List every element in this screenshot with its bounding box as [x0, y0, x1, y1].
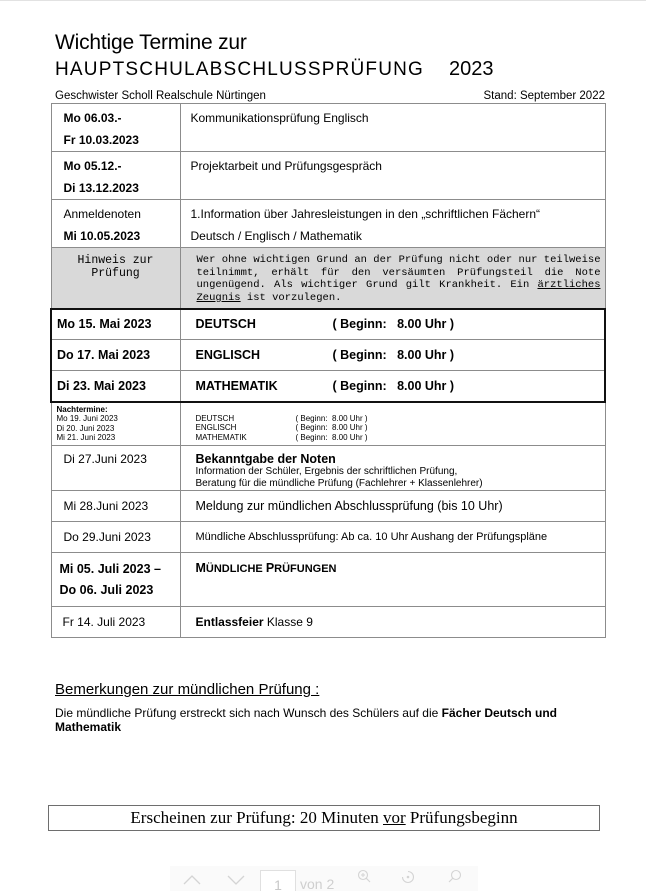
event-cell: Mündliche Abschlussprüfung: Ab ca. 10 Uh…	[180, 522, 605, 553]
exam-info: DEUTSCH( Beginn: 8.00 Uhr )	[180, 309, 605, 340]
notice-text-underlined: vor	[383, 808, 406, 827]
date-label: Anmeldenoten	[64, 203, 180, 225]
title-line-2: HAUPTSCHULABSCHLUSSPRÜFUNG 2023	[55, 59, 424, 81]
hint-label: Hinweis zur Prüfung	[51, 248, 180, 309]
event-cell: MÜNDLICHE PRÜFUNGEN	[180, 553, 605, 607]
table-row-exam-englisch: Do 17. Mai 2023 ENGLISCH( Beginn: 8.00 U…	[51, 340, 605, 371]
date-cell: Di 27.Juni 2023	[51, 446, 180, 491]
nachtermine-label: Nachtermine:	[57, 405, 180, 415]
nachtermin-time: ( Beginn: 8.00 Uhr )	[296, 423, 368, 432]
exam-time: ( Beginn: 8.00 Uhr )	[333, 348, 455, 362]
notice-text-part: Erscheinen zur Prüfung: 20 Minuten	[130, 808, 383, 827]
nachtermin-time: ( Beginn: 8.00 Uhr )	[296, 433, 368, 442]
pdf-viewer-toolbar: 1 von 2	[170, 866, 478, 891]
event-text-part: M	[196, 561, 206, 575]
title-year: 2023	[449, 58, 494, 81]
table-row-kommunikation: Mo 06.03.- Fr 10.03.2023 Kommunikationsp…	[51, 104, 605, 152]
event-cell: Bekanntgabe der Noten Information der Sc…	[180, 446, 605, 491]
schedule-table: Mo 06.03.- Fr 10.03.2023 Kommunikationsp…	[50, 103, 606, 638]
table-row-nachtermine: Nachtermine: Mo 19. Juni 2023 Di 20. Jun…	[51, 402, 605, 446]
nachtermine-subjects: DEUTSCH( Beginn: 8.00 Uhr ) ENGLISCH( Be…	[180, 402, 605, 446]
table-row-exam-mathematik: Di 23. Mai 2023 MATHEMATIK( Beginn: 8.00…	[51, 371, 605, 402]
table-row-entlassfeier: Fr 14. Juli 2023 Entlassfeier Klasse 9	[51, 607, 605, 638]
date-cell: Mo 06.03.- Fr 10.03.2023	[51, 104, 180, 152]
nachtermin-time: ( Beginn: 8.00 Uhr )	[296, 414, 368, 423]
appearance-notice: Erscheinen zur Prüfung: 20 Minuten vor P…	[48, 805, 600, 831]
table-row-noten: Di 27.Juni 2023 Bekanntgabe der Noten In…	[51, 446, 605, 491]
table-row-muendliche-pruefungen: Mi 05. Juli 2023 – Do 06. Juli 2023 MÜND…	[51, 553, 605, 607]
remarks-heading: Bemerkungen zur mündlichen Prüfung :	[55, 681, 319, 698]
table-row-projekt: Mo 05.12.- Di 13.12.2023 Projektarbeit u…	[51, 152, 605, 200]
nachtermin-subject: DEUTSCH	[196, 414, 296, 424]
nachtermin-date: Mo 19. Juni 2023	[57, 414, 180, 424]
title-line-1: Wichtige Termine zur	[55, 31, 247, 55]
date-cell: Mi 05. Juli 2023 – Do 06. Juli 2023	[51, 553, 180, 607]
event-detail: Klasse 9	[264, 615, 313, 629]
event-detail: Information der Schüler, Ergebnis der sc…	[196, 466, 605, 478]
event-subjects: Deutsch / Englisch / Mathematik	[191, 225, 595, 247]
date-cell: Mi 28.Juni 2023	[51, 491, 180, 522]
notice-text-part: Prüfungsbeginn	[406, 808, 518, 827]
date-cell: Fr 14. Juli 2023	[51, 607, 180, 638]
event-cell: Entlassfeier Klasse 9	[180, 607, 605, 638]
event-text: 1.Information über Jahresleistungen in d…	[191, 203, 595, 225]
remarks-text: Die mündliche Prüfung erstreckt sich nac…	[55, 706, 600, 734]
stand-date: Stand: September 2022	[484, 90, 605, 102]
event-text: Kommunikationsprüfung Englisch	[191, 110, 595, 126]
event-heading: Entlassfeier	[196, 615, 264, 629]
hint-text-part: ist vorzulegen.	[241, 292, 342, 304]
nachtermin-item: ENGLISCH( Beginn: 8.00 Uhr )	[196, 423, 605, 433]
viewer-top-border	[0, 0, 646, 1]
event-cell: 1.Information über Jahresleistungen in d…	[180, 200, 605, 248]
nachtermin-date: Di 20. Juni 2023	[57, 424, 180, 434]
exam-info: MATHEMATIK( Beginn: 8.00 Uhr )	[180, 371, 605, 402]
rotate-icon[interactable]	[401, 870, 415, 887]
table-row-hinweis: Hinweis zur Prüfung Wer ohne wichtigen G…	[51, 248, 605, 309]
nachtermin-item: MATHEMATIK( Beginn: 8.00 Uhr )	[196, 433, 605, 443]
date-end: Do 06. Juli 2023	[60, 580, 180, 601]
hint-text: Wer ohne wichtigen Grund an der Prüfung …	[180, 248, 605, 309]
zoom-in-icon[interactable]	[357, 869, 371, 886]
chevron-up-icon[interactable]	[183, 872, 201, 888]
date-start: Mo 06.03.-	[64, 107, 180, 129]
date-cell: Do 29.Juni 2023	[51, 522, 180, 553]
event-text-part: RÜFUNGEN	[274, 563, 336, 575]
table-row-anmeldenoten: Anmeldenoten Mi 10.05.2023 1.Information…	[51, 200, 605, 248]
exam-date: Mo 15. Mai 2023	[51, 309, 180, 340]
search-icon[interactable]	[448, 869, 462, 886]
nachtermin-item: DEUTSCH( Beginn: 8.00 Uhr )	[196, 414, 605, 424]
event-text-part: P	[266, 561, 274, 575]
exam-date: Do 17. Mai 2023	[51, 340, 180, 371]
nachtermin-date: Mi 21. Juni 2023	[57, 433, 180, 443]
event-text: Projektarbeit und Prüfungsgespräch	[191, 158, 595, 174]
exam-time: ( Beginn: 8.00 Uhr )	[333, 317, 455, 331]
nachtermine-dates: Nachtermine: Mo 19. Juni 2023 Di 20. Jun…	[51, 402, 180, 446]
exam-subject: DEUTSCH	[196, 317, 333, 331]
remarks-text-part: Die mündliche Prüfung erstreckt sich nac…	[55, 706, 442, 720]
page-number-input[interactable]: 1	[260, 870, 296, 891]
page-count: von 2	[300, 876, 334, 891]
date-end: Fr 10.03.2023	[64, 129, 180, 151]
date-end: Di 13.12.2023	[64, 177, 180, 199]
event-text-part: ÜNDLICHE	[206, 563, 266, 575]
date-start: Mo 05.12.-	[64, 155, 180, 177]
date-start: Mi 05. Juli 2023 –	[60, 559, 180, 580]
table-row-aushang: Do 29.Juni 2023 Mündliche Abschlussprüfu…	[51, 522, 605, 553]
table-row-meldung: Mi 28.Juni 2023 Meldung zur mündlichen A…	[51, 491, 605, 522]
exam-date: Di 23. Mai 2023	[51, 371, 180, 402]
event-heading: Bekanntgabe der Noten	[196, 452, 605, 466]
date-cell: Mo 05.12.- Di 13.12.2023	[51, 152, 180, 200]
exam-info: ENGLISCH( Beginn: 8.00 Uhr )	[180, 340, 605, 371]
nachtermin-subject: ENGLISCH	[196, 423, 296, 433]
date-cell: Anmeldenoten Mi 10.05.2023	[51, 200, 180, 248]
event-cell: Kommunikationsprüfung Englisch	[180, 104, 605, 152]
nachtermin-subject: MATHEMATIK	[196, 433, 296, 443]
exam-subject: MATHEMATIK	[196, 379, 333, 393]
event-cell: Projektarbeit und Prüfungsgespräch	[180, 152, 605, 200]
exam-subject: ENGLISCH	[196, 348, 333, 362]
event-cell: Meldung zur mündlichen Abschlussprüfung …	[180, 491, 605, 522]
title-exam-name: HAUPTSCHULABSCHLUSSPRÜFUNG	[55, 59, 424, 80]
exam-time: ( Beginn: 8.00 Uhr )	[333, 379, 455, 393]
date-value: Mi 10.05.2023	[64, 225, 180, 247]
chevron-down-icon[interactable]	[227, 872, 245, 888]
school-name: Geschwister Scholl Realschule Nürtingen	[55, 90, 266, 102]
table-row-exam-deutsch: Mo 15. Mai 2023 DEUTSCH( Beginn: 8.00 Uh…	[51, 309, 605, 340]
event-detail: Beratung für die mündliche Prüfung (Fach…	[196, 478, 605, 490]
